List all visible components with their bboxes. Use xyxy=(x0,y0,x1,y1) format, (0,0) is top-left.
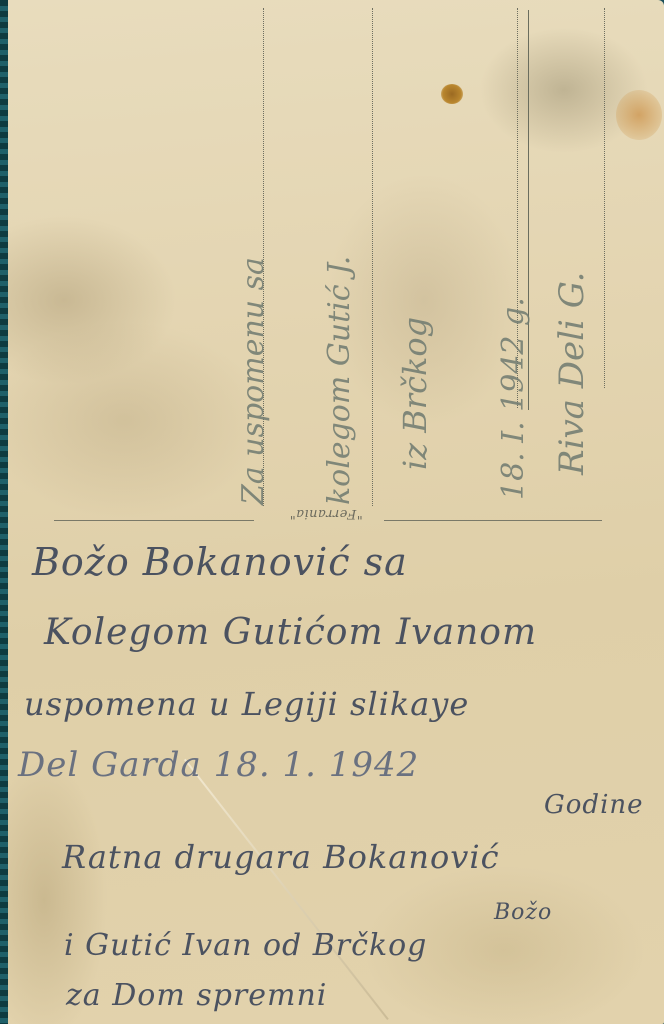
dotted-address-line-4 xyxy=(604,8,605,388)
message-line-2: Kolegom Gutićom Ivanom xyxy=(44,612,537,653)
horizontal-divider-right xyxy=(384,520,602,521)
horizontal-divider-left xyxy=(54,520,254,521)
address-line-2: kolegom Gutić J. xyxy=(322,256,357,505)
brown-stain xyxy=(441,84,463,104)
dotted-address-line-2 xyxy=(372,8,373,506)
address-line-4: 18. I. 1942 g. xyxy=(496,297,531,500)
message-line-1: Božo Bokanović sa xyxy=(32,540,408,584)
paper-brand-mark: "Ferrania" xyxy=(266,506,386,521)
message-line-5: Godine xyxy=(544,790,644,820)
message-line-7: Božo xyxy=(494,900,552,925)
message-line-9: za Dom spremni xyxy=(66,978,327,1013)
scan-background-edge xyxy=(0,0,8,1024)
message-line-4: Del Garda 18. 1. 1942 xyxy=(18,745,419,785)
message-line-8: i Gutić Ivan od Brčkog xyxy=(64,928,427,963)
postcard-back: "Ferrania" Za uspomenu sa kolegom Gutić … xyxy=(4,0,664,1024)
address-line-5: Riva Deli G. xyxy=(552,272,592,475)
address-line-3: iz Brčkog xyxy=(396,317,434,470)
address-line-1: Za uspomenu sa xyxy=(236,257,271,505)
message-line-6: Ratna drugara Bokanović xyxy=(62,838,499,876)
orange-stain xyxy=(616,90,662,140)
message-line-3: uspomena u Legiji slikaye xyxy=(24,685,469,723)
